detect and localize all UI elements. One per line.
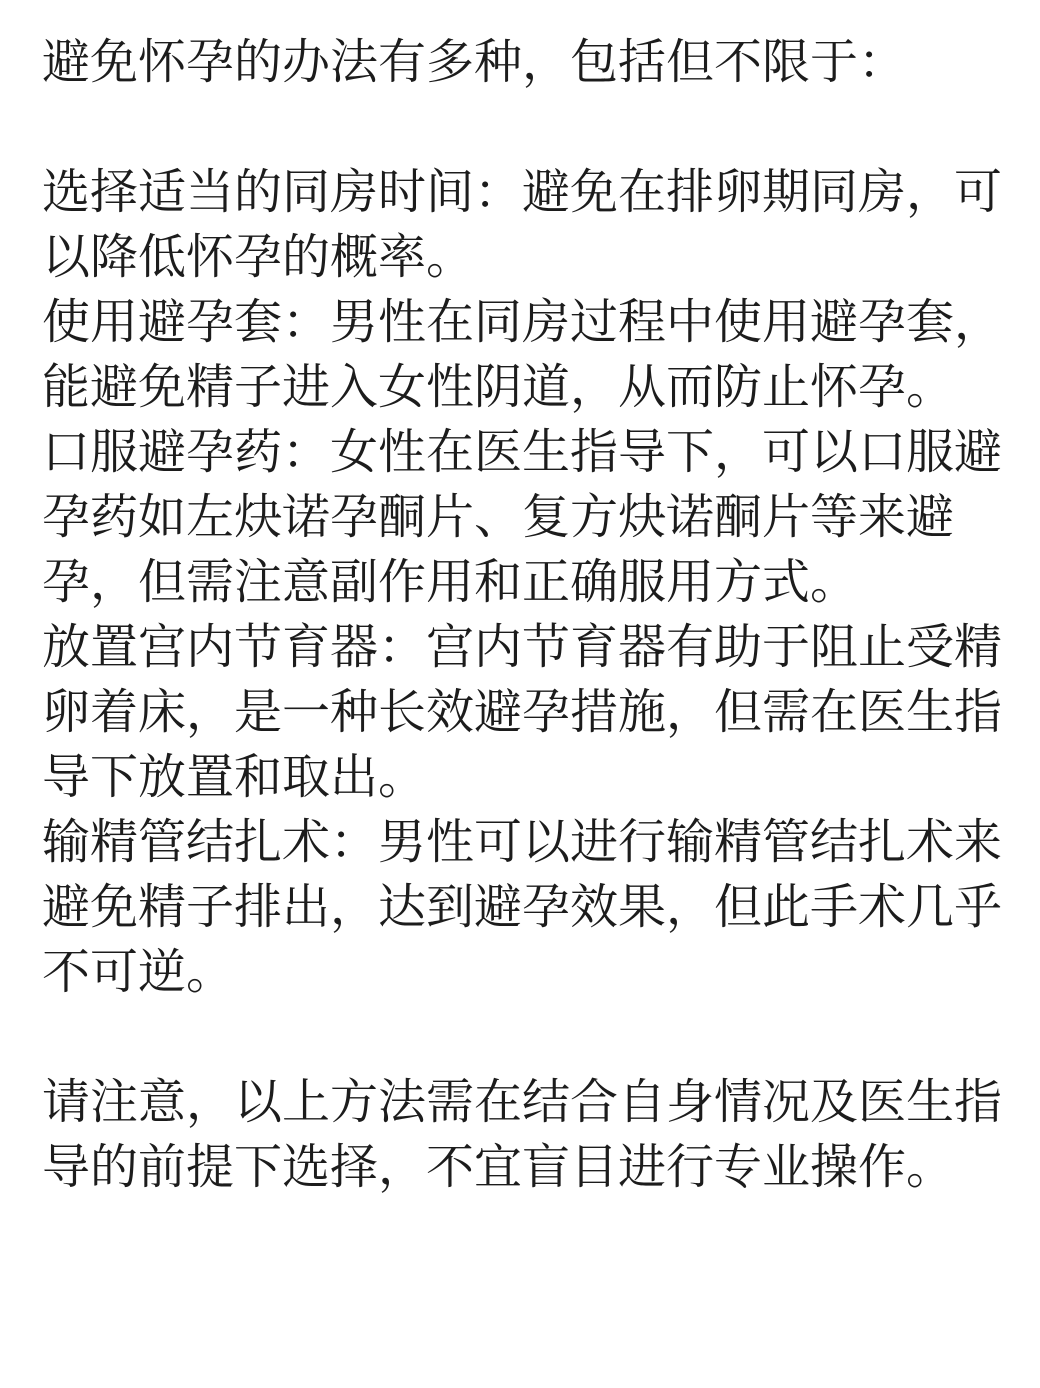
document-page: 避免怀孕的办法有多种，包括但不限于： 选择适当的同房时间：避免在排卵期同房，可 … [0,0,1040,1388]
method-item-condom: 使用避孕套：男性在同房过程中使用避孕套， 能避免精子进入女性阴道，从而防止怀孕。 [42,290,1040,420]
text-line: 导下放置和取出。 [42,745,1040,810]
text-line: 避免精子排出，达到避孕效果，但此手术几乎 [42,875,1040,940]
method-item-oral-pill: 口服避孕药：女性在医生指导下，可以口服避 孕药如左炔诺孕酮片、复方炔诺酮片等来避… [42,420,1040,615]
text-line: 孕，但需注意副作用和正确服用方式。 [42,550,1040,615]
method-item-vasectomy: 输精管结扎术：男性可以进行输精管结扎术来 避免精子排出，达到避孕效果，但此手术几… [42,810,1040,1005]
text-line: 不可逆。 [42,940,1040,1005]
text-line: 孕药如左炔诺孕酮片、复方炔诺酮片等来避 [42,485,1040,550]
text-line: 选择适当的同房时间：避免在排卵期同房，可 [42,160,1040,225]
method-item-timing: 选择适当的同房时间：避免在排卵期同房，可 以降低怀孕的概率。 [42,160,1040,290]
method-item-iud: 放置宫内节育器：宫内节育器有助于阻止受精 卵着床，是一种长效避孕措施，但需在医生… [42,615,1040,810]
text-line: 避免怀孕的办法有多种，包括但不限于： [42,30,1040,95]
text-line: 口服避孕药：女性在医生指导下，可以口服避 [42,420,1040,485]
paragraph-gap [42,95,1040,160]
text-line: 使用避孕套：男性在同房过程中使用避孕套， [42,290,1040,355]
text-line: 放置宫内节育器：宫内节育器有助于阻止受精 [42,615,1040,680]
note-paragraph: 请注意，以上方法需在结合自身情况及医生指 导的前提下选择，不宜盲目进行专业操作。 [42,1070,1040,1200]
text-line: 卵着床，是一种长效避孕措施，但需在医生指 [42,680,1040,745]
text-line: 输精管结扎术：男性可以进行输精管结扎术来 [42,810,1040,875]
intro-paragraph: 避免怀孕的办法有多种，包括但不限于： [42,30,1040,95]
text-line: 以降低怀孕的概率。 [42,225,1040,290]
text-line: 请注意，以上方法需在结合自身情况及医生指 [42,1070,1040,1135]
paragraph-gap [42,1005,1040,1070]
text-line: 导的前提下选择，不宜盲目进行专业操作。 [42,1135,1040,1200]
text-line: 能避免精子进入女性阴道，从而防止怀孕。 [42,355,1040,420]
